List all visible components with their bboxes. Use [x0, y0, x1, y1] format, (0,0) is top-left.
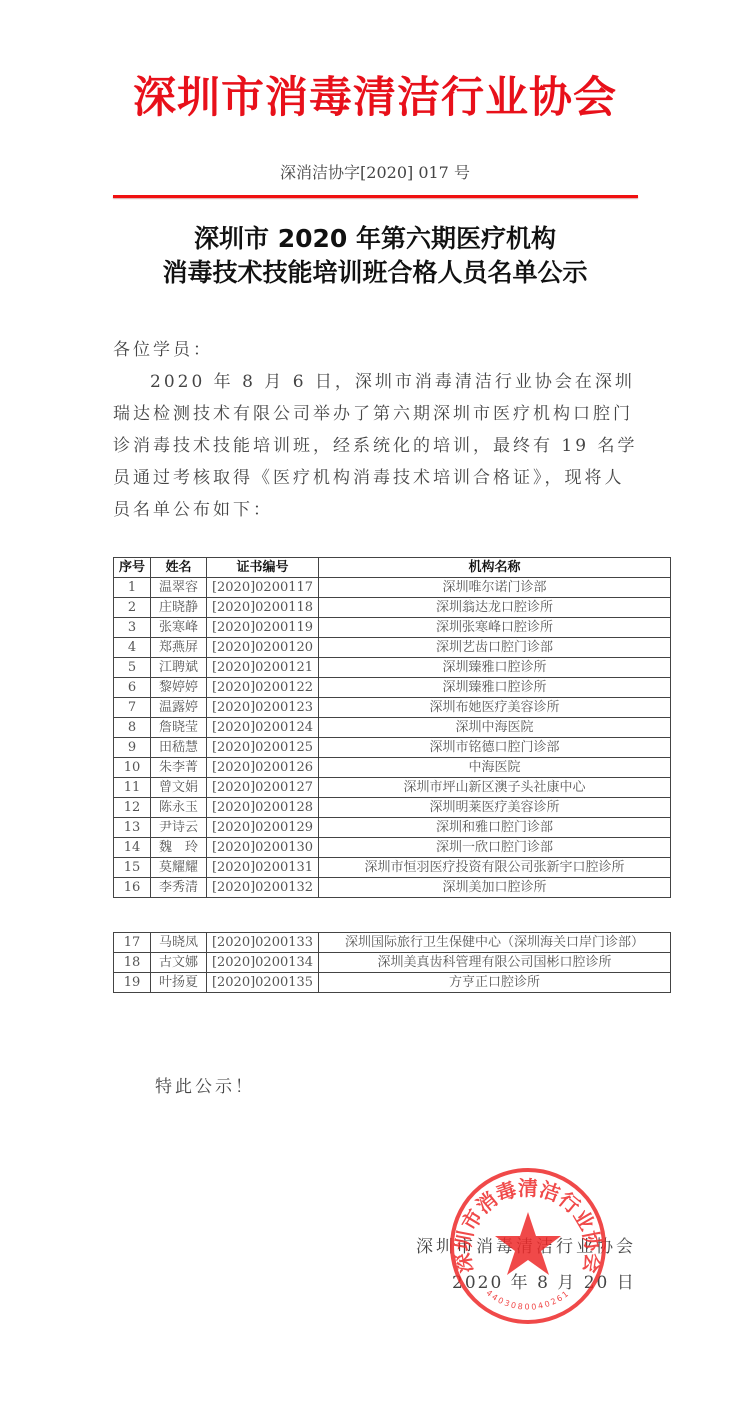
cell-institution: 深圳市恒羽医疗投资有限公司张新宇口腔诊所: [319, 858, 671, 878]
cell-name: 古文娜: [151, 953, 207, 973]
cell-institution: 深圳市坪山新区澳子头社康中心: [319, 778, 671, 798]
table-row: 3张寒峰[2020]0200119深圳张寒峰口腔诊所: [114, 618, 671, 638]
cell-institution: 深圳和雅口腔门诊部: [319, 818, 671, 838]
table-row: 17马晓凤[2020]0200133深圳国际旅行卫生保健中心（深圳海关口岸门诊部…: [114, 933, 671, 953]
cell-number: 18: [114, 953, 151, 973]
cell-institution: 深圳国际旅行卫生保健中心（深圳海关口岸门诊部）: [319, 933, 671, 953]
cell-number: 11: [114, 778, 151, 798]
cell-certificate: [2020]0200128: [207, 798, 319, 818]
letterhead-divider: [113, 195, 638, 198]
cell-number: 16: [114, 878, 151, 898]
cell-institution: 方亨正口腔诊所: [319, 973, 671, 993]
cell-certificate: [2020]0200118: [207, 598, 319, 618]
cell-certificate: [2020]0200129: [207, 818, 319, 838]
table-row: 4郑燕屏[2020]0200120深圳艺齿口腔门诊部: [114, 638, 671, 658]
cell-name: 庄晓静: [151, 598, 207, 618]
cell-certificate: [2020]0200117: [207, 578, 319, 598]
cell-name: 田嵇慧: [151, 738, 207, 758]
document-title-line-2: 消毒技术技能培训班合格人员名单公示: [0, 256, 750, 290]
cell-institution: 中海医院: [319, 758, 671, 778]
cell-institution: 深圳美加口腔诊所: [319, 878, 671, 898]
cell-institution: 深圳美真齿科管理有限公司国彬口腔诊所: [319, 953, 671, 973]
cell-name: 魏 玲: [151, 838, 207, 858]
document-title-line-1: 深圳市 2020 年第六期医疗机构: [0, 222, 750, 256]
table-header-row: 序号 姓名 证书编号 机构名称: [114, 558, 671, 578]
table-row: 19叶扬夏[2020]0200135方亨正口腔诊所: [114, 973, 671, 993]
cell-number: 19: [114, 973, 151, 993]
cell-institution: 深圳中海医院: [319, 718, 671, 738]
cell-institution: 深圳翁达龙口腔诊所: [319, 598, 671, 618]
salutation: 各位学员：: [113, 334, 643, 366]
seal-code: 4403080040261: [484, 1288, 571, 1311]
table-row: 11曾文娟[2020]0200127深圳市坪山新区澳子头社康中心: [114, 778, 671, 798]
cell-certificate: [2020]0200121: [207, 658, 319, 678]
cell-name: 郑燕屏: [151, 638, 207, 658]
roster-table-part-2: 17马晓凤[2020]0200133深圳国际旅行卫生保健中心（深圳海关口岸门诊部…: [113, 932, 671, 993]
table-row: 6黎婷婷[2020]0200122深圳臻雅口腔诊所: [114, 678, 671, 698]
document-number: 深消洁协字[2020] 017 号: [0, 160, 750, 183]
cell-number: 13: [114, 818, 151, 838]
header-certificate: 证书编号: [207, 558, 319, 578]
cell-certificate: [2020]0200133: [207, 933, 319, 953]
official-seal-icon: 深圳市消毒清洁行业协会 4403080040261: [448, 1166, 608, 1326]
cell-name: 江聘斌: [151, 658, 207, 678]
table-row: 9田嵇慧[2020]0200125深圳市铭德口腔门诊部: [114, 738, 671, 758]
cell-certificate: [2020]0200124: [207, 718, 319, 738]
cell-number: 9: [114, 738, 151, 758]
cell-institution: 深圳市铭德口腔门诊部: [319, 738, 671, 758]
cell-certificate: [2020]0200122: [207, 678, 319, 698]
table-row: 14魏 玲[2020]0200130深圳一欣口腔门诊部: [114, 838, 671, 858]
table-row: 7温露婷[2020]0200123深圳布她医疗美容诊所: [114, 698, 671, 718]
cell-number: 7: [114, 698, 151, 718]
cell-number: 5: [114, 658, 151, 678]
header-number: 序号: [114, 558, 151, 578]
cell-name: 曾文娟: [151, 778, 207, 798]
cell-name: 马晓凤: [151, 933, 207, 953]
cell-number: 4: [114, 638, 151, 658]
cell-name: 叶扬夏: [151, 973, 207, 993]
cell-institution: 深圳布她医疗美容诊所: [319, 698, 671, 718]
table-row: 5江聘斌[2020]0200121深圳臻雅口腔诊所: [114, 658, 671, 678]
cell-certificate: [2020]0200130: [207, 838, 319, 858]
cell-number: 14: [114, 838, 151, 858]
cell-number: 12: [114, 798, 151, 818]
cell-institution: 深圳唯尔诺门诊部: [319, 578, 671, 598]
cell-name: 黎婷婷: [151, 678, 207, 698]
cell-institution: 深圳艺齿口腔门诊部: [319, 638, 671, 658]
cell-name: 尹诗云: [151, 818, 207, 838]
cell-name: 张寒峰: [151, 618, 207, 638]
svg-text:4403080040261: 4403080040261: [484, 1288, 571, 1311]
cell-institution: 深圳一欣口腔门诊部: [319, 838, 671, 858]
cell-name: 朱李菁: [151, 758, 207, 778]
cell-certificate: [2020]0200132: [207, 878, 319, 898]
cell-certificate: [2020]0200127: [207, 778, 319, 798]
cell-number: 2: [114, 598, 151, 618]
table-row: 16李秀清[2020]0200132深圳美加口腔诊所: [114, 878, 671, 898]
cell-institution: 深圳张寒峰口腔诊所: [319, 618, 671, 638]
document-title: 深圳市 2020 年第六期医疗机构 消毒技术技能培训班合格人员名单公示: [0, 222, 750, 290]
table-row: 18古文娜[2020]0200134深圳美真齿科管理有限公司国彬口腔诊所: [114, 953, 671, 973]
cell-certificate: [2020]0200120: [207, 638, 319, 658]
organization-letterhead: 深圳市消毒清洁行业协会: [0, 68, 750, 128]
table-row: 2庄晓静[2020]0200118深圳翁达龙口腔诊所: [114, 598, 671, 618]
cell-number: 15: [114, 858, 151, 878]
cell-number: 10: [114, 758, 151, 778]
table-row: 13尹诗云[2020]0200129深圳和雅口腔门诊部: [114, 818, 671, 838]
cell-certificate: [2020]0200126: [207, 758, 319, 778]
cell-name: 李秀清: [151, 878, 207, 898]
cell-institution: 深圳臻雅口腔诊所: [319, 678, 671, 698]
cell-certificate: [2020]0200119: [207, 618, 319, 638]
header-institution: 机构名称: [319, 558, 671, 578]
cell-number: 17: [114, 933, 151, 953]
cell-name: 詹晓莹: [151, 718, 207, 738]
announcement-paragraph: 2020 年 8 月 6 日，深圳市消毒清洁行业协会在深圳瑞达检测技术有限公司举…: [113, 366, 643, 526]
cell-institution: 深圳明莱医疗美容诊所: [319, 798, 671, 818]
cell-certificate: [2020]0200135: [207, 973, 319, 993]
cell-institution: 深圳臻雅口腔诊所: [319, 658, 671, 678]
cell-name: 温翠容: [151, 578, 207, 598]
cell-number: 1: [114, 578, 151, 598]
table-row: 1温翠容[2020]0200117深圳唯尔诺门诊部: [114, 578, 671, 598]
header-name: 姓名: [151, 558, 207, 578]
closing-remark: 特此公示！: [155, 1072, 255, 1097]
roster-table-part-1: 序号 姓名 证书编号 机构名称 1温翠容[2020]0200117深圳唯尔诺门诊…: [113, 557, 671, 898]
cell-certificate: [2020]0200123: [207, 698, 319, 718]
cell-number: 3: [114, 618, 151, 638]
table-row: 12陈永玉[2020]0200128深圳明莱医疗美容诊所: [114, 798, 671, 818]
cell-number: 8: [114, 718, 151, 738]
cell-certificate: [2020]0200131: [207, 858, 319, 878]
table-row: 15莫耀耀[2020]0200131深圳市恒羽医疗投资有限公司张新宇口腔诊所: [114, 858, 671, 878]
cell-certificate: [2020]0200134: [207, 953, 319, 973]
cell-certificate: [2020]0200125: [207, 738, 319, 758]
table-row: 8詹晓莹[2020]0200124深圳中海医院: [114, 718, 671, 738]
cell-name: 温露婷: [151, 698, 207, 718]
cell-name: 陈永玉: [151, 798, 207, 818]
table-row: 10朱李菁[2020]0200126中海医院: [114, 758, 671, 778]
cell-name: 莫耀耀: [151, 858, 207, 878]
cell-number: 6: [114, 678, 151, 698]
